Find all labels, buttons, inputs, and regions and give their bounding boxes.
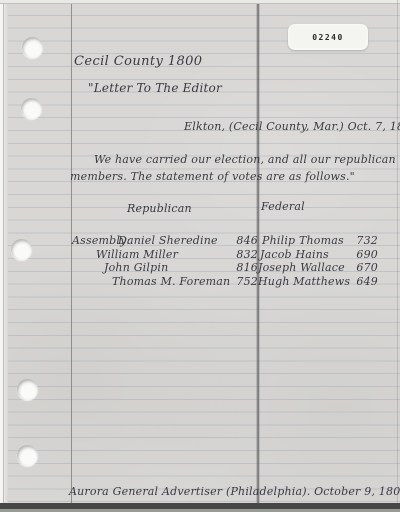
federal-votes: 649 [348, 276, 378, 287]
republican-votes: 816 [230, 262, 258, 273]
paper-top-edge [0, 0, 400, 4]
document-title: Cecil County 1800 [74, 55, 202, 68]
federal-votes: 732 [348, 235, 378, 246]
catalog-number: 02240 [312, 33, 344, 42]
document-subtitle: "Letter To The Editor [88, 82, 222, 94]
margin-rule-line [71, 3, 72, 503]
republican-votes: 832 [230, 249, 258, 260]
republican-votes: 846 [230, 235, 258, 246]
punch-hole [21, 98, 42, 119]
source-citation: Aurora General Advertiser (Philadelphia)… [69, 486, 400, 497]
column-header-republican: Republican [127, 203, 192, 214]
dateline: Elkton, (Cecil County, Mar.) Oct. 7, 180… [184, 121, 400, 132]
paper-left-edge [0, 0, 8, 512]
federal-candidate: Jacob Hains [260, 249, 329, 260]
body-text-line-1: We have carried our election, and all ou… [94, 154, 396, 165]
body-text-line-2: members. The statement of votes are as f… [70, 171, 355, 182]
federal-votes: 670 [348, 262, 378, 273]
federal-votes: 690 [348, 249, 378, 260]
punch-hole [17, 379, 38, 400]
federal-candidate: Joseph Wallace [258, 262, 345, 273]
ruled-lines [0, 3, 400, 512]
republican-candidate: Daniel Sheredine [118, 235, 218, 246]
republican-candidate: William Miller [96, 249, 178, 260]
federal-candidate: Hugh Matthews [258, 276, 350, 287]
punch-hole [11, 239, 32, 260]
column-header-federal: Federal [261, 201, 305, 212]
paper-right-edge [397, 0, 398, 512]
republican-votes: 752 [230, 276, 258, 287]
republican-candidate: John Gilpin [104, 262, 168, 273]
catalog-number-sticker: 02240 [288, 24, 368, 50]
federal-candidate: Philip Thomas [262, 235, 344, 246]
punch-hole [17, 445, 38, 466]
paper-left-edge-line [3, 0, 4, 512]
scanned-page: 02240 Cecil County 1800 "Letter To The E… [0, 0, 400, 512]
punch-hole [22, 37, 43, 58]
republican-candidate: Thomas M. Foreman [112, 276, 230, 287]
